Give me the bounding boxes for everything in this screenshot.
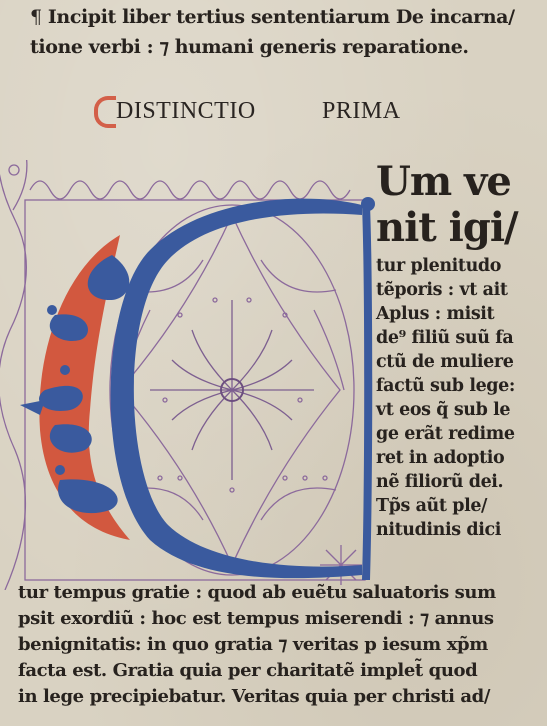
body-line-3: benignitatis: in quo gratia ⁊ veritas p … bbox=[18, 634, 488, 655]
column-line-6: de⁹ filiũ suũ fa bbox=[376, 328, 513, 348]
body-line-5: in lege precipiebatur. Veritas quia per … bbox=[18, 686, 490, 707]
column-line-4: tẽporis : vt ait bbox=[376, 280, 508, 300]
incipit-text: Incipit liber tertius sententiarum De in… bbox=[48, 6, 515, 28]
column-line-8: factũ sub lege: bbox=[376, 376, 515, 396]
column-line-9: vt eos q̃ sub le bbox=[376, 400, 510, 420]
column-line-3: tur plenitudo bbox=[376, 256, 501, 276]
heading-prima: PRIMA bbox=[322, 98, 401, 125]
manuscript-page: ¶ Incipit liber tertius sententiarum De … bbox=[0, 0, 547, 726]
body-line-2: psit exordiũ : hoc est tempus miserendi … bbox=[18, 608, 494, 629]
paragraph-mark-icon: ¶ bbox=[30, 6, 42, 28]
column-line-11: ret in adoptio bbox=[376, 448, 504, 468]
body-line-4: facta est. Gratia quia per charitatẽ imp… bbox=[18, 660, 477, 681]
rubric-c-icon bbox=[94, 96, 116, 128]
column-line-7: ctũ de muliere bbox=[376, 352, 513, 372]
illuminated-initial-c-icon bbox=[0, 160, 380, 590]
column-line-10: ge erãt redime bbox=[376, 424, 515, 444]
column-line-14: nitudinis dici bbox=[376, 520, 501, 540]
column-line-5: Aplus : misit bbox=[376, 304, 494, 324]
body-line-1: tur tempus gratie : quod ab euẽtu saluat… bbox=[18, 582, 496, 603]
column-line-1: Um ve bbox=[376, 158, 511, 205]
column-line-12: nẽ filiorũ dei. bbox=[376, 472, 503, 492]
incipit-line-1: ¶ Incipit liber tertius sententiarum De … bbox=[30, 6, 515, 28]
heading-distinctio: DISTINCTIO bbox=[116, 98, 256, 125]
incipit-line-2: tione verbi : ⁊ humani generis reparatio… bbox=[30, 36, 469, 58]
column-line-13: Tp̃s aũt ple/ bbox=[376, 496, 487, 516]
column-line-2: nit igi/ bbox=[376, 204, 518, 251]
